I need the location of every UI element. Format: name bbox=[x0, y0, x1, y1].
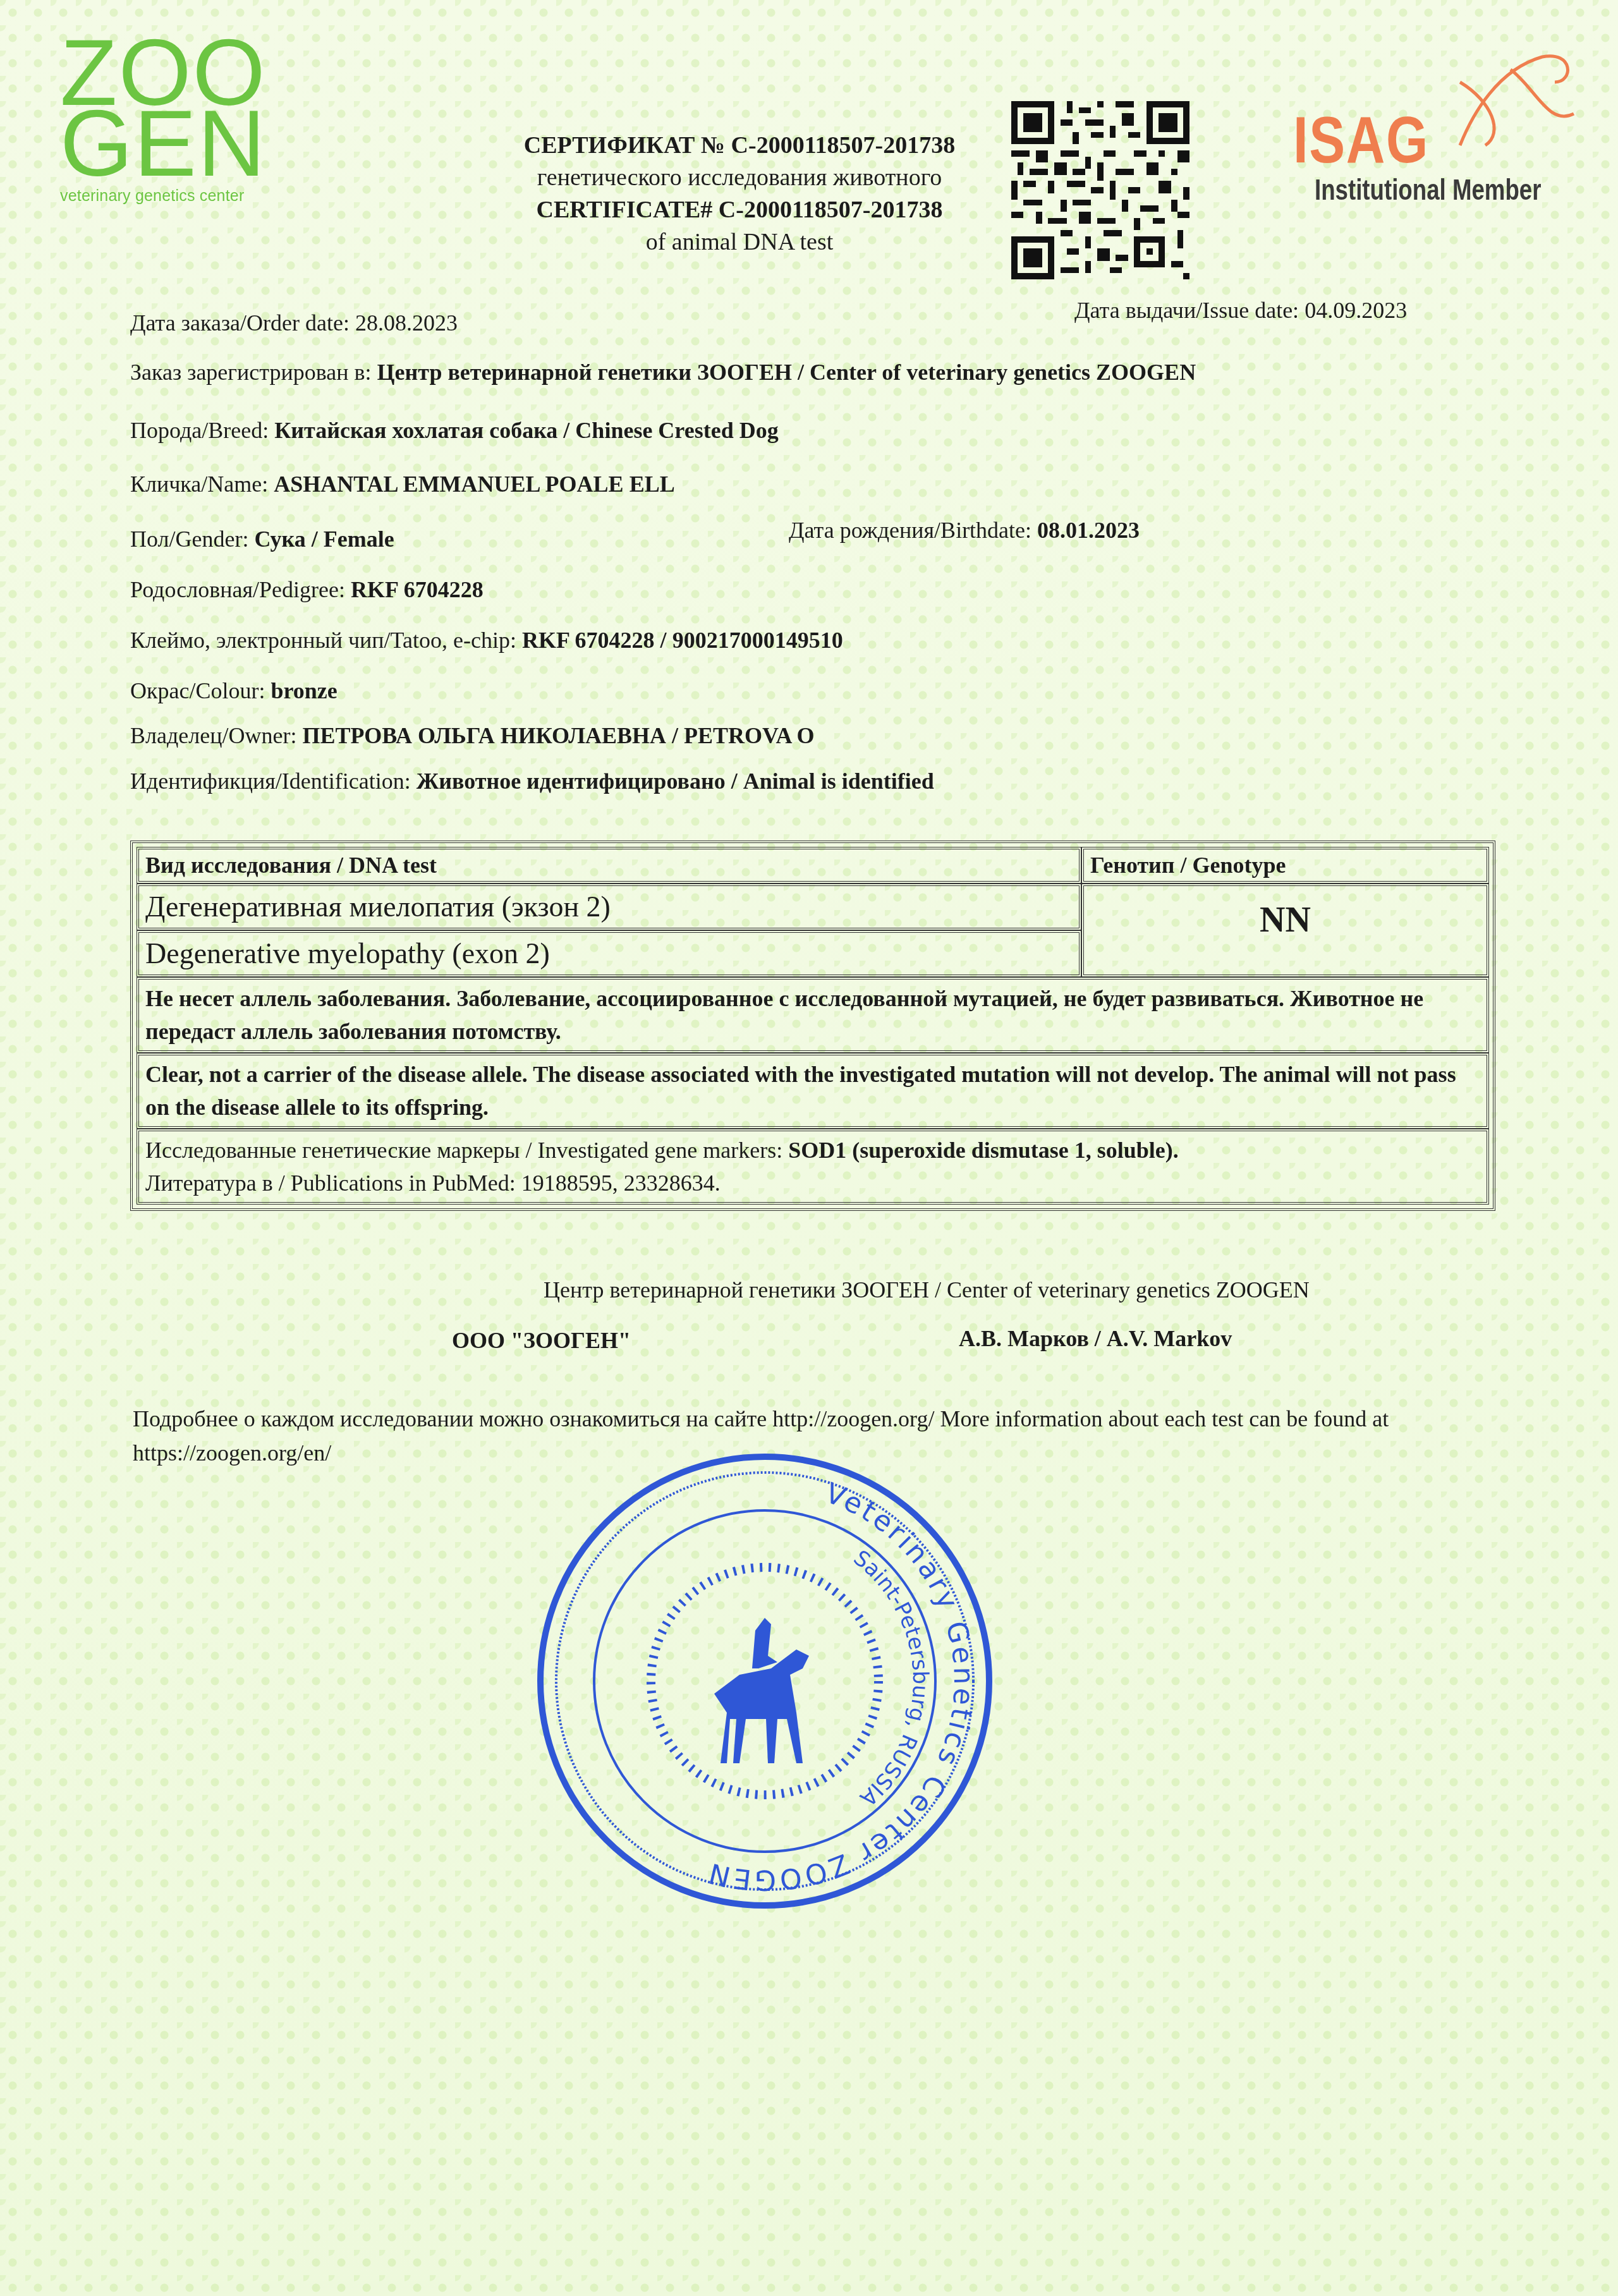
owner: Владелец/Owner: ПЕТРОВА ОЛЬГА НИКОЛАЕВНА… bbox=[130, 722, 814, 749]
order-date-label: Дата заказа/Order date: bbox=[130, 310, 350, 336]
breed-value: Китайская хохлатая собака / Chinese Cres… bbox=[274, 418, 778, 443]
test-name-ru: Дегенеративная миелопатия (экзон 2) bbox=[137, 884, 1081, 930]
verdict-en: Clear, not a carrier of the disease alle… bbox=[137, 1053, 1489, 1129]
title-en: CERTIFICATE# C-2000118507-201738 bbox=[480, 194, 999, 226]
gender-value: Сука / Female bbox=[254, 526, 394, 552]
subtitle-ru: генетического исследования животного bbox=[480, 162, 999, 194]
official-stamp: Veterinary Genetics Center ZOOGEN Saint-… bbox=[531, 1447, 999, 1915]
chip-label: Клеймо, электронный чип/Tatoo, e-chip: bbox=[130, 628, 516, 653]
colour-label: Окрас/Colour: bbox=[130, 678, 265, 703]
identification: Идентификция/Identification: Животное ид… bbox=[130, 768, 934, 794]
results-table: Вид исследования / DNA test Генотип / Ge… bbox=[130, 841, 1495, 1211]
isag-word: ISAG bbox=[1293, 103, 1429, 178]
organization: ООО "ЗООГЕН" bbox=[452, 1327, 631, 1354]
certificate-title: СЕРТИФИКАТ № C-2000118507-201738 генетич… bbox=[480, 130, 999, 258]
center-name: Центр ветеринарной генетики ЗООГЕН / Cen… bbox=[544, 1277, 1310, 1303]
tattoo-chip: Клеймо, электронный чип/Tatoo, e-chip: R… bbox=[130, 627, 843, 653]
title-ru: СЕРТИФИКАТ № C-2000118507-201738 bbox=[480, 130, 999, 162]
zoogen-tagline: veterinary genetics center bbox=[60, 187, 262, 205]
name-value: ASHANTAL EMMANUEL POALE ELL bbox=[274, 471, 674, 497]
markers-value: SOD1 (superoxide dismutase 1, soluble). bbox=[788, 1138, 1178, 1163]
markers-section: Исследованные генетические маркеры / Inv… bbox=[137, 1129, 1489, 1205]
registered-label: Заказ зарегистрирован в: bbox=[130, 360, 372, 385]
isag-logo: ISAG Institutional Member bbox=[1289, 44, 1605, 209]
name-label: Кличка/Name: bbox=[130, 471, 268, 497]
subtitle-en: of animal DNA test bbox=[480, 226, 999, 258]
dog-name: Кличка/Name: ASHANTAL EMMANUEL POALE ELL bbox=[130, 471, 675, 497]
markers-label: Исследованные генетические маркеры / Inv… bbox=[145, 1138, 782, 1163]
owner-label: Владелец/Owner: bbox=[130, 723, 296, 748]
breed-label: Порода/Breed: bbox=[130, 418, 269, 443]
chip-value: RKF 6704228 / 900217000149510 bbox=[522, 628, 843, 653]
publications: Литература в / Publications in PubMed: 1… bbox=[145, 1167, 1480, 1200]
zoogen-logo: ZOO GEN veterinary genetics center bbox=[60, 38, 262, 205]
registered-at: Заказ зарегистрирован в: Центр ветеринар… bbox=[130, 359, 1196, 386]
issue-date-label: Дата выдачи/Issue date: bbox=[1074, 298, 1299, 323]
birthdate-label: Дата рождения/Birthdate: bbox=[789, 518, 1031, 543]
colour-value: bronze bbox=[271, 678, 337, 703]
order-date-value: 28.08.2023 bbox=[355, 310, 458, 336]
registered-value: Центр ветеринарной генетики ЗООГЕН / Cen… bbox=[377, 360, 1196, 385]
pedigree: Родословная/Pedigree: RKF 6704228 bbox=[130, 576, 484, 603]
issue-date-value: 04.09.2023 bbox=[1305, 298, 1407, 323]
dna-helix-icon bbox=[1447, 44, 1586, 152]
gender-label: Пол/Gender: bbox=[130, 526, 248, 552]
svg-text:Saint-Petersburg, RUSSIA: Saint-Petersburg, RUSSIA bbox=[849, 1545, 933, 1811]
colour: Окрас/Colour: bronze bbox=[130, 677, 338, 704]
col-header-genotype: Генотип / Genotype bbox=[1081, 847, 1489, 884]
owner-value: ПЕТРОВА ОЛЬГА НИКОЛАЕВНА / PETROVA O bbox=[302, 723, 814, 748]
pedigree-label: Родословная/Pedigree: bbox=[130, 577, 345, 602]
qr-code-icon bbox=[1011, 101, 1189, 279]
birthdate: Дата рождения/Birthdate: 08.01.2023 bbox=[789, 517, 1140, 544]
test-name-en: Degenerative myelopathy (exon 2) bbox=[137, 930, 1081, 977]
identification-label: Идентификция/Identification: bbox=[130, 768, 411, 794]
identification-value: Животное идентифицировано / Animal is id… bbox=[417, 768, 934, 794]
col-header-test: Вид исследования / DNA test bbox=[137, 847, 1081, 884]
stamp-icon: Veterinary Genetics Center ZOOGEN Saint-… bbox=[531, 1447, 999, 1915]
issue-date: Дата выдачи/Issue date: 04.09.2023 bbox=[1074, 297, 1407, 324]
gender: Пол/Gender: Сука / Female bbox=[130, 526, 394, 552]
genotype-result: NN bbox=[1081, 884, 1489, 977]
stamp-inner-text: Saint-Petersburg, RUSSIA bbox=[849, 1545, 933, 1811]
isag-subtitle: Institutional Member bbox=[1315, 172, 1541, 207]
order-date: Дата заказа/Order date: 28.08.2023 bbox=[130, 310, 458, 336]
zoogen-logo-line2: GEN bbox=[60, 109, 262, 179]
signer: А.В. Марков / A.V. Markov bbox=[959, 1325, 1232, 1352]
horse-rider-icon bbox=[714, 1618, 809, 1763]
breed: Порода/Breed: Китайская хохлатая собака … bbox=[130, 417, 779, 444]
verdict-ru: Не несет аллель заболевания. Заболевание… bbox=[137, 977, 1489, 1053]
birthdate-value: 08.01.2023 bbox=[1037, 518, 1140, 543]
pedigree-value: RKF 6704228 bbox=[351, 577, 484, 602]
